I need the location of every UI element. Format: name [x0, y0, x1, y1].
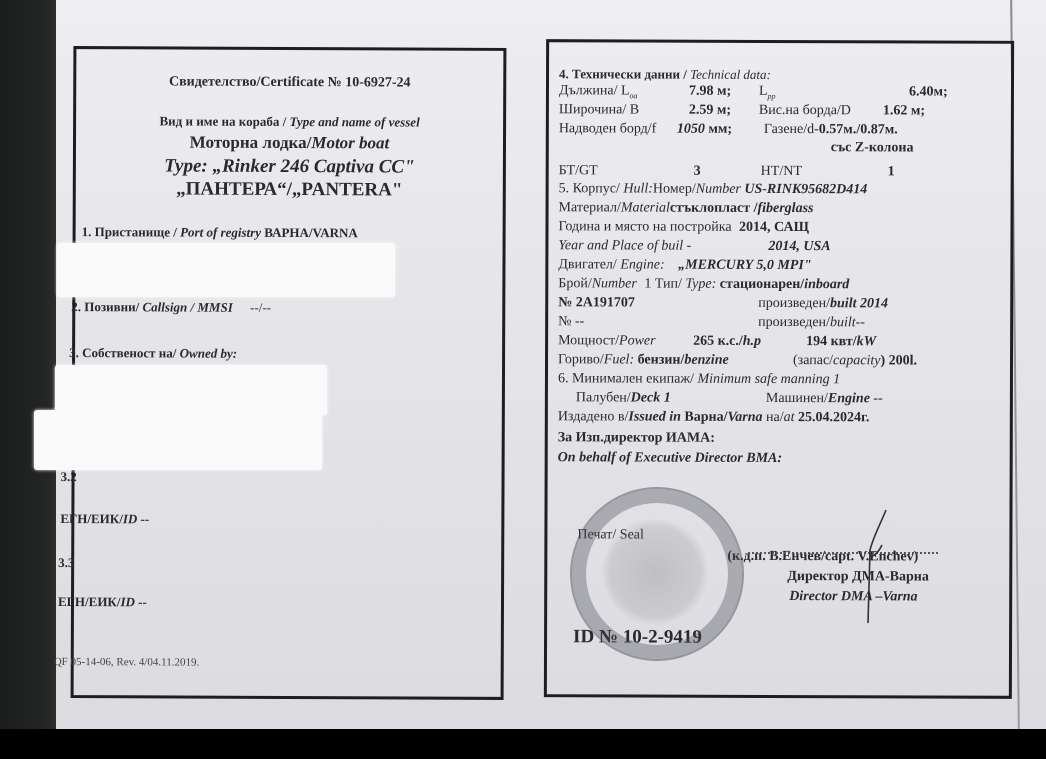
vessel-type-label: Вид и име на кораба / Type and name of v…	[76, 113, 503, 131]
length-value: 7.98 м;	[689, 84, 731, 100]
owner-label-en: Owned by:	[180, 346, 237, 361]
owner-3-2-id-value: --	[137, 511, 149, 526]
official-seal-stamp	[570, 487, 744, 661]
owner-label-bg: 3. Собственост на/	[69, 345, 180, 360]
behalf-bg: За Изп.директор ИАМА:	[558, 430, 715, 447]
owner-3-3-label: 3.3	[58, 555, 74, 571]
owner-3-3-id: ЕГН/ЕИК/ID --	[58, 594, 147, 610]
freeboard-value: 1050 мм;	[677, 122, 732, 138]
power-hp-value: 265 к.с./	[693, 334, 743, 349]
port-label-bg: 1. Пристанище /	[82, 224, 181, 239]
power-label-bg: Мощност/	[558, 333, 619, 348]
length-label: Дължина/ Loa	[559, 83, 638, 100]
power-hp: 265 к.с./h.p	[693, 334, 761, 350]
callsign-row: 2. Позивни/ Callsign / MMSI --/--	[71, 299, 271, 316]
build-value-bg: 2014, САЩ	[739, 220, 809, 235]
fuel-row: Гориво/Fuel: бензин/benzine	[558, 352, 729, 369]
nt-value: 1	[888, 164, 895, 180]
build-label-en: Year and Place of buil -	[558, 238, 691, 254]
lpp-label-text: L	[759, 84, 768, 99]
fuel-label-bg: Гориво/	[558, 352, 604, 367]
fuel-label-en: Fuel:	[604, 352, 634, 367]
engine-count-row: Брой/Number 1 Тип/ Type: стационарен/inb…	[558, 276, 849, 293]
engine-type-value-bg: стационарен/	[720, 277, 804, 292]
vessel-kind-bg: Моторна лодка/	[190, 133, 312, 153]
material-value-bg: стъклопласт /	[670, 201, 758, 216]
issued-place-en: Varna	[727, 410, 762, 425]
lpp-label: Lpp	[759, 84, 776, 101]
issued-on: на/	[763, 410, 784, 425]
director-en: Director DMA –Varna	[789, 589, 917, 605]
beam-value: 2.59 м;	[689, 103, 731, 119]
gt-label: БТ/GT	[559, 163, 598, 179]
length-sub: oa	[630, 91, 638, 100]
bottom-black-bar	[0, 729, 1046, 759]
hull-label-bg: 5. Корпус/	[559, 181, 624, 196]
deck-label-en: Deck 1	[631, 390, 671, 405]
hull-number-label-bg: Номер/	[653, 182, 696, 197]
vessel-name: „ПАНТЕРА“/„PANTERA"	[76, 178, 503, 202]
hull-label-en: Hull:	[623, 181, 653, 196]
callsign-value: --/--	[250, 300, 271, 315]
depth-label: Вис.на борда/D	[759, 103, 851, 119]
issued-label-bg: Издадено в/	[558, 409, 629, 424]
port-label-en: Port of registry	[180, 225, 264, 240]
engine-label-bg: Двигател/	[558, 257, 620, 272]
owner-3-2-label: 3.2	[61, 469, 77, 485]
engine-type-label-en: Type:	[685, 277, 716, 292]
power-kw-value: 194 квт/	[806, 334, 857, 349]
draft-row: Газене/d-0.57м./0.87м.	[764, 122, 898, 138]
port-value: ВАРНА/VARNA	[264, 225, 358, 240]
build-value-en: 2014, USA	[768, 239, 830, 255]
owner-3-3-id-label: ЕГН/ЕИК/	[58, 594, 121, 609]
tech-header-bg: 4. Технически данни /	[559, 66, 690, 81]
fuel-capacity: (запас/capacity) 200l.	[793, 353, 917, 369]
vessel-kind-en: Motor boat	[311, 133, 389, 152]
freeboard-unit: мм;	[705, 122, 732, 137]
draft-label: Газене/d-	[764, 122, 819, 137]
engine-count-label-en: Number	[592, 276, 637, 291]
engine-crew-label-bg: Машинен/	[766, 391, 828, 406]
vessel-type-label-bg: Вид и име на кораба /	[159, 113, 289, 129]
deck-label-bg: Палубен/	[576, 390, 631, 405]
power-label: Мощност/Power	[558, 333, 656, 349]
callsign-label-en: Callsign / MMSI	[142, 299, 232, 314]
fuel-value-bg: бензин/	[638, 353, 685, 368]
engine-row: Двигател/ Engine: „MERCURY 5,0 MPI"	[558, 257, 811, 274]
gt-value: 3	[694, 164, 701, 180]
power-kw-unit: kW	[857, 334, 877, 349]
hull-number-value: US-RINK95682D414	[744, 182, 867, 197]
director-bg: Директор ДМА-Варна	[787, 569, 929, 585]
owner-label: 3. Собственост на/ Owned by:	[69, 345, 237, 362]
engine-label-en: Engine:	[620, 257, 664, 272]
build-label-bg: Година и място на постройка	[558, 219, 731, 235]
engine-count-label-bg: Брой/	[558, 276, 591, 291]
engine2-serial: № --	[558, 314, 584, 330]
form-reference: QF 05-14-06, Rev. 4/04.11.2019.	[54, 656, 200, 669]
redacted-owner-address	[34, 410, 322, 470]
capacity-value: ) 200l.	[880, 353, 917, 368]
owner-3-2-id-label: ЕГН/ЕИК/	[60, 511, 123, 526]
fuel-value-en: benzine	[684, 353, 728, 368]
freeboard-number: 1050	[677, 122, 705, 137]
power-label-en: Power	[619, 333, 656, 348]
power-hp-unit: h.p	[743, 334, 761, 349]
owner-3-3-id-value: --	[135, 594, 147, 609]
owner-3-2-id-en: ID	[123, 511, 138, 526]
engine1-built: произведен/built 2014	[758, 296, 888, 312]
length-label-text: Дължина/ L	[559, 83, 630, 98]
signature-mark	[860, 505, 890, 625]
deck-crew: Палубен/Deck 1	[576, 390, 671, 406]
lpp-value: 6.40м;	[909, 84, 948, 100]
redacted-owner-name	[55, 365, 327, 415]
manning-label-en: Minimum safe manning 1	[697, 372, 840, 387]
signature-line	[748, 552, 938, 554]
tech-header-en: Technical data:	[690, 67, 771, 82]
engine2-built-label-en: built--	[830, 315, 865, 330]
material-row: Материал/Materialстъклопласт /fiberglass	[559, 200, 814, 217]
draft-note: със Z-колона	[831, 140, 914, 156]
vessel-kind: Моторна лодка/Motor boat	[76, 132, 503, 154]
engine-type-label-bg: Тип/	[655, 277, 686, 292]
beam-label: Широчина/ B	[559, 102, 639, 118]
material-value-en: fiberglass	[757, 201, 813, 216]
power-kw: 194 квт/kW	[806, 334, 876, 350]
manning-row: 6. Минимален екипаж/ Minimum safe mannin…	[558, 371, 840, 388]
issued-date: 25.04.2024г.	[795, 410, 870, 425]
manning-label-bg: 6. Минимален екипаж/	[558, 371, 698, 386]
draft-value: 0.57м./0.87м.	[819, 122, 898, 137]
behalf-en: On behalf of Executive Director BMA:	[558, 450, 782, 467]
background-surface	[0, 0, 58, 729]
redacted-port-details	[57, 243, 395, 297]
engine1-built-label-en: built 2014	[830, 296, 888, 311]
capacity-label: (запас/	[793, 353, 833, 368]
nt-label: НТ/NT	[761, 164, 802, 180]
depth-value: 1.62 м;	[883, 103, 925, 119]
seal-emblem	[602, 519, 708, 625]
vessel-type-label-en: Type and name of vessel	[289, 114, 419, 130]
technical-data-header: 4. Технически данни / Technical data:	[559, 66, 771, 83]
owner-3-3-id-en: ID	[120, 594, 135, 609]
certificate-title: Свидетелство/Certificate № 10-6927-24	[76, 74, 503, 92]
engine-count-value: 1	[644, 277, 651, 292]
lpp-sub: pp	[767, 92, 775, 101]
engine1-serial: № 2A191707	[558, 295, 635, 311]
engine-type-value-en: inboard	[804, 277, 849, 292]
issued-on-en: at	[784, 410, 795, 425]
engine-crew: Машинен/Engine --	[766, 391, 883, 407]
hull-row: 5. Корпус/ Hull:Номер/Number US-RINK9568…	[559, 181, 868, 198]
vessel-model: Type: „Rinker 246 Captiva CC"	[76, 155, 503, 179]
material-label-en: Material	[621, 200, 670, 215]
callsign-label-bg: 2. Позивни/	[71, 299, 142, 314]
engine-crew-label-en: Engine --	[828, 391, 883, 406]
engine2-built: произведен/built--	[758, 315, 865, 331]
owner-3-2-id: ЕГН/ЕИК/ID --	[60, 511, 149, 527]
issued-label-en: Issued in	[628, 409, 684, 424]
issued-row: Издадено в/Issued in Варна/Varna на/at 2…	[558, 409, 870, 426]
freeboard-label: Надводен борд/f	[559, 121, 657, 137]
port-of-registry: 1. Пристанище / Port of registry ВАРНА/V…	[82, 224, 358, 241]
capacity-label-en: capacity	[833, 353, 880, 368]
build-row-bg: Година и място на постройка 2014, САЩ	[558, 219, 809, 236]
issued-place: Варна/	[684, 410, 727, 425]
engine1-built-label-bg: произведен/	[758, 296, 830, 311]
engine-value: „MERCURY 5,0 MPI"	[678, 258, 811, 273]
hull-number-label-en: Number	[696, 182, 741, 197]
engine2-built-label-bg: произведен/	[758, 315, 830, 330]
material-label-bg: Материал/	[559, 200, 621, 215]
